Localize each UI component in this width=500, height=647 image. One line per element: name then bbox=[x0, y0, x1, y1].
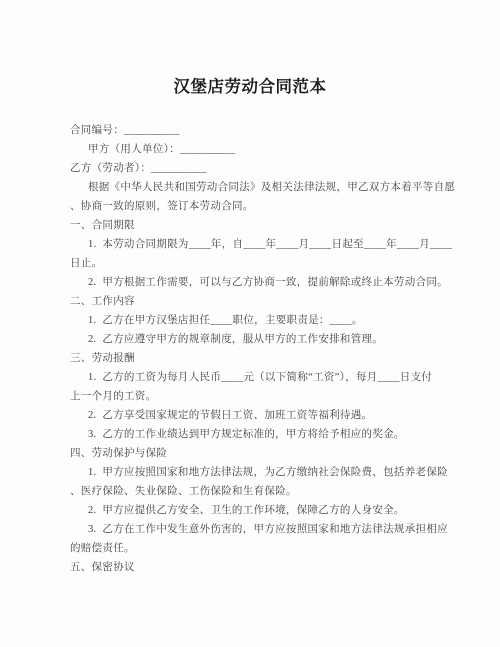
document-line: 2. 乙方应遵守甲方的规章制度，服从甲方的工作安排和管理。 bbox=[70, 330, 450, 349]
document-line: 甲方（用人单位）：__________ bbox=[70, 140, 450, 159]
document-line: 2. 甲方根据工作需要，可以与乙方协商一致，提前解除或终止本劳动合同。 bbox=[70, 273, 450, 292]
document-line: 一、合同期限 bbox=[70, 216, 450, 235]
document-line: 合同编号：__________ bbox=[70, 121, 450, 140]
document-line: 1. 本劳动合同期限为____年，自____年____月____日起至____年… bbox=[70, 235, 450, 254]
document-line: 、协商一致的原则，签订本劳动合同。 bbox=[70, 197, 450, 216]
document-line: 2. 乙方享受国家规定的节假日工资、加班工资等福利待遇。 bbox=[70, 406, 450, 425]
document-line: 上一个月的工资。 bbox=[70, 387, 450, 406]
document-line: 、医疗保险、失业保险、工伤保险和生育保险。 bbox=[70, 482, 450, 501]
document-line: 乙方（劳动者）：__________ bbox=[70, 159, 450, 178]
document-line: 根据《中华人民共和国劳动合同法》及相关法律法规，甲乙双方本着平等自愿 bbox=[70, 178, 450, 197]
document-line: 的赔偿责任。 bbox=[70, 539, 450, 558]
document-line: 三、劳动报酬 bbox=[70, 349, 450, 368]
document-line: 五、保密协议 bbox=[70, 558, 450, 577]
contract-document-page: 汉堡店劳动合同范本 合同编号：__________甲方（用人单位）：______… bbox=[0, 0, 500, 647]
document-line: 1. 甲方应按照国家和地方法律法规，为乙方缴纳社会保险费，包括养老保险 bbox=[70, 463, 450, 482]
document-line: 日止。 bbox=[70, 254, 450, 273]
document-line: 2. 甲方应提供乙方安全、卫生的工作环境，保障乙方的人身安全。 bbox=[70, 501, 450, 520]
document-line: 3. 乙方在工作中发生意外伤害的，甲方应按照国家和地方法律法规承担相应 bbox=[70, 520, 450, 539]
document-body: 合同编号：__________甲方（用人单位）：__________乙方（劳动者… bbox=[70, 121, 450, 577]
document-line: 二、工作内容 bbox=[70, 292, 450, 311]
document-line: 3. 乙方的工作业绩达到甲方规定标准的，甲方将给予相应的奖金。 bbox=[70, 425, 450, 444]
document-line: 1. 乙方在甲方汉堡店担任____职位，主要职责是：____。 bbox=[70, 311, 450, 330]
document-line: 四、劳动保护与保险 bbox=[70, 444, 450, 463]
document-line: 1. 乙方的工资为每月人民币____元（以下简称“工资”），每月____日支付 bbox=[70, 368, 450, 387]
document-title: 汉堡店劳动合同范本 bbox=[0, 0, 500, 98]
